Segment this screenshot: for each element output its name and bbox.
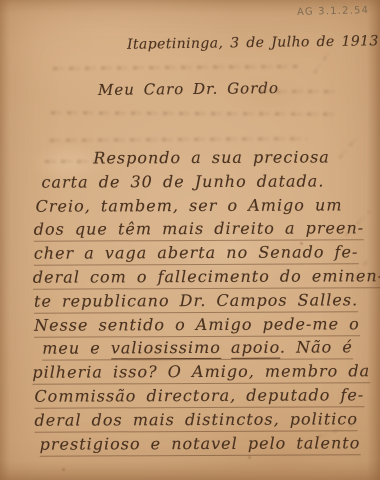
letter-page: AG 3.1.2.54 Itapetininga, 3 de Julho de …	[0, 0, 380, 480]
letter-body: Respondo a sua preciosa carta de 30 de J…	[33, 145, 364, 456]
underlined-word: apoio	[231, 338, 280, 359]
paper-speck	[248, 456, 251, 459]
letter-line: Commissão directora, deputado fe-	[34, 383, 364, 408]
letter-line: deral com o fallecimento do eminen-	[33, 264, 364, 289]
paper-speck	[300, 242, 303, 245]
bleedthrough-mark	[46, 111, 338, 116]
paper-speck	[62, 468, 65, 471]
bleedthrough-mark	[311, 52, 330, 78]
letter-line: prestigioso e notavel pelo talento	[40, 431, 365, 456]
letter-line: Nesse sentido o Amigo pede-me o	[34, 312, 364, 337]
letter-line: cher a vaga aberta no Senado fe-	[34, 240, 364, 265]
archive-code: AG 3.1.2.54	[297, 5, 369, 18]
underlined-word: valiosissimo	[111, 338, 221, 359]
bleedthrough-mark	[40, 160, 96, 163]
salutation: Meu Caro Dr. Gordo	[98, 79, 279, 99]
bleedthrough-mark	[48, 65, 298, 70]
bleedthrough-mark	[45, 137, 307, 142]
letter-line: deral dos mais distinctos, politico	[34, 407, 364, 432]
letter-line: Creio, tambem, ser o Amigo um	[36, 193, 364, 218]
letter-line: Respondo a sua preciosa	[33, 145, 363, 170]
paper-speck	[150, 300, 152, 302]
bleedthrough-mark	[255, 90, 335, 93]
scanned-letter: AG 3.1.2.54 Itapetininga, 3 de Julho de …	[0, 0, 380, 480]
letter-line: dos que têm mais direito a preen-	[34, 217, 364, 242]
letter-line: meu e valiosissimo apoio. Não é	[42, 336, 364, 361]
dateline: Itapetininga, 3 de Julho de 1913	[127, 33, 379, 53]
letter-line: pilheria isso? O Amigo, membro da	[32, 359, 364, 384]
letter-line: carta de 30 de Junho datada.	[41, 169, 363, 194]
letter-line: te republicano Dr. Campos Salles.	[34, 288, 364, 313]
